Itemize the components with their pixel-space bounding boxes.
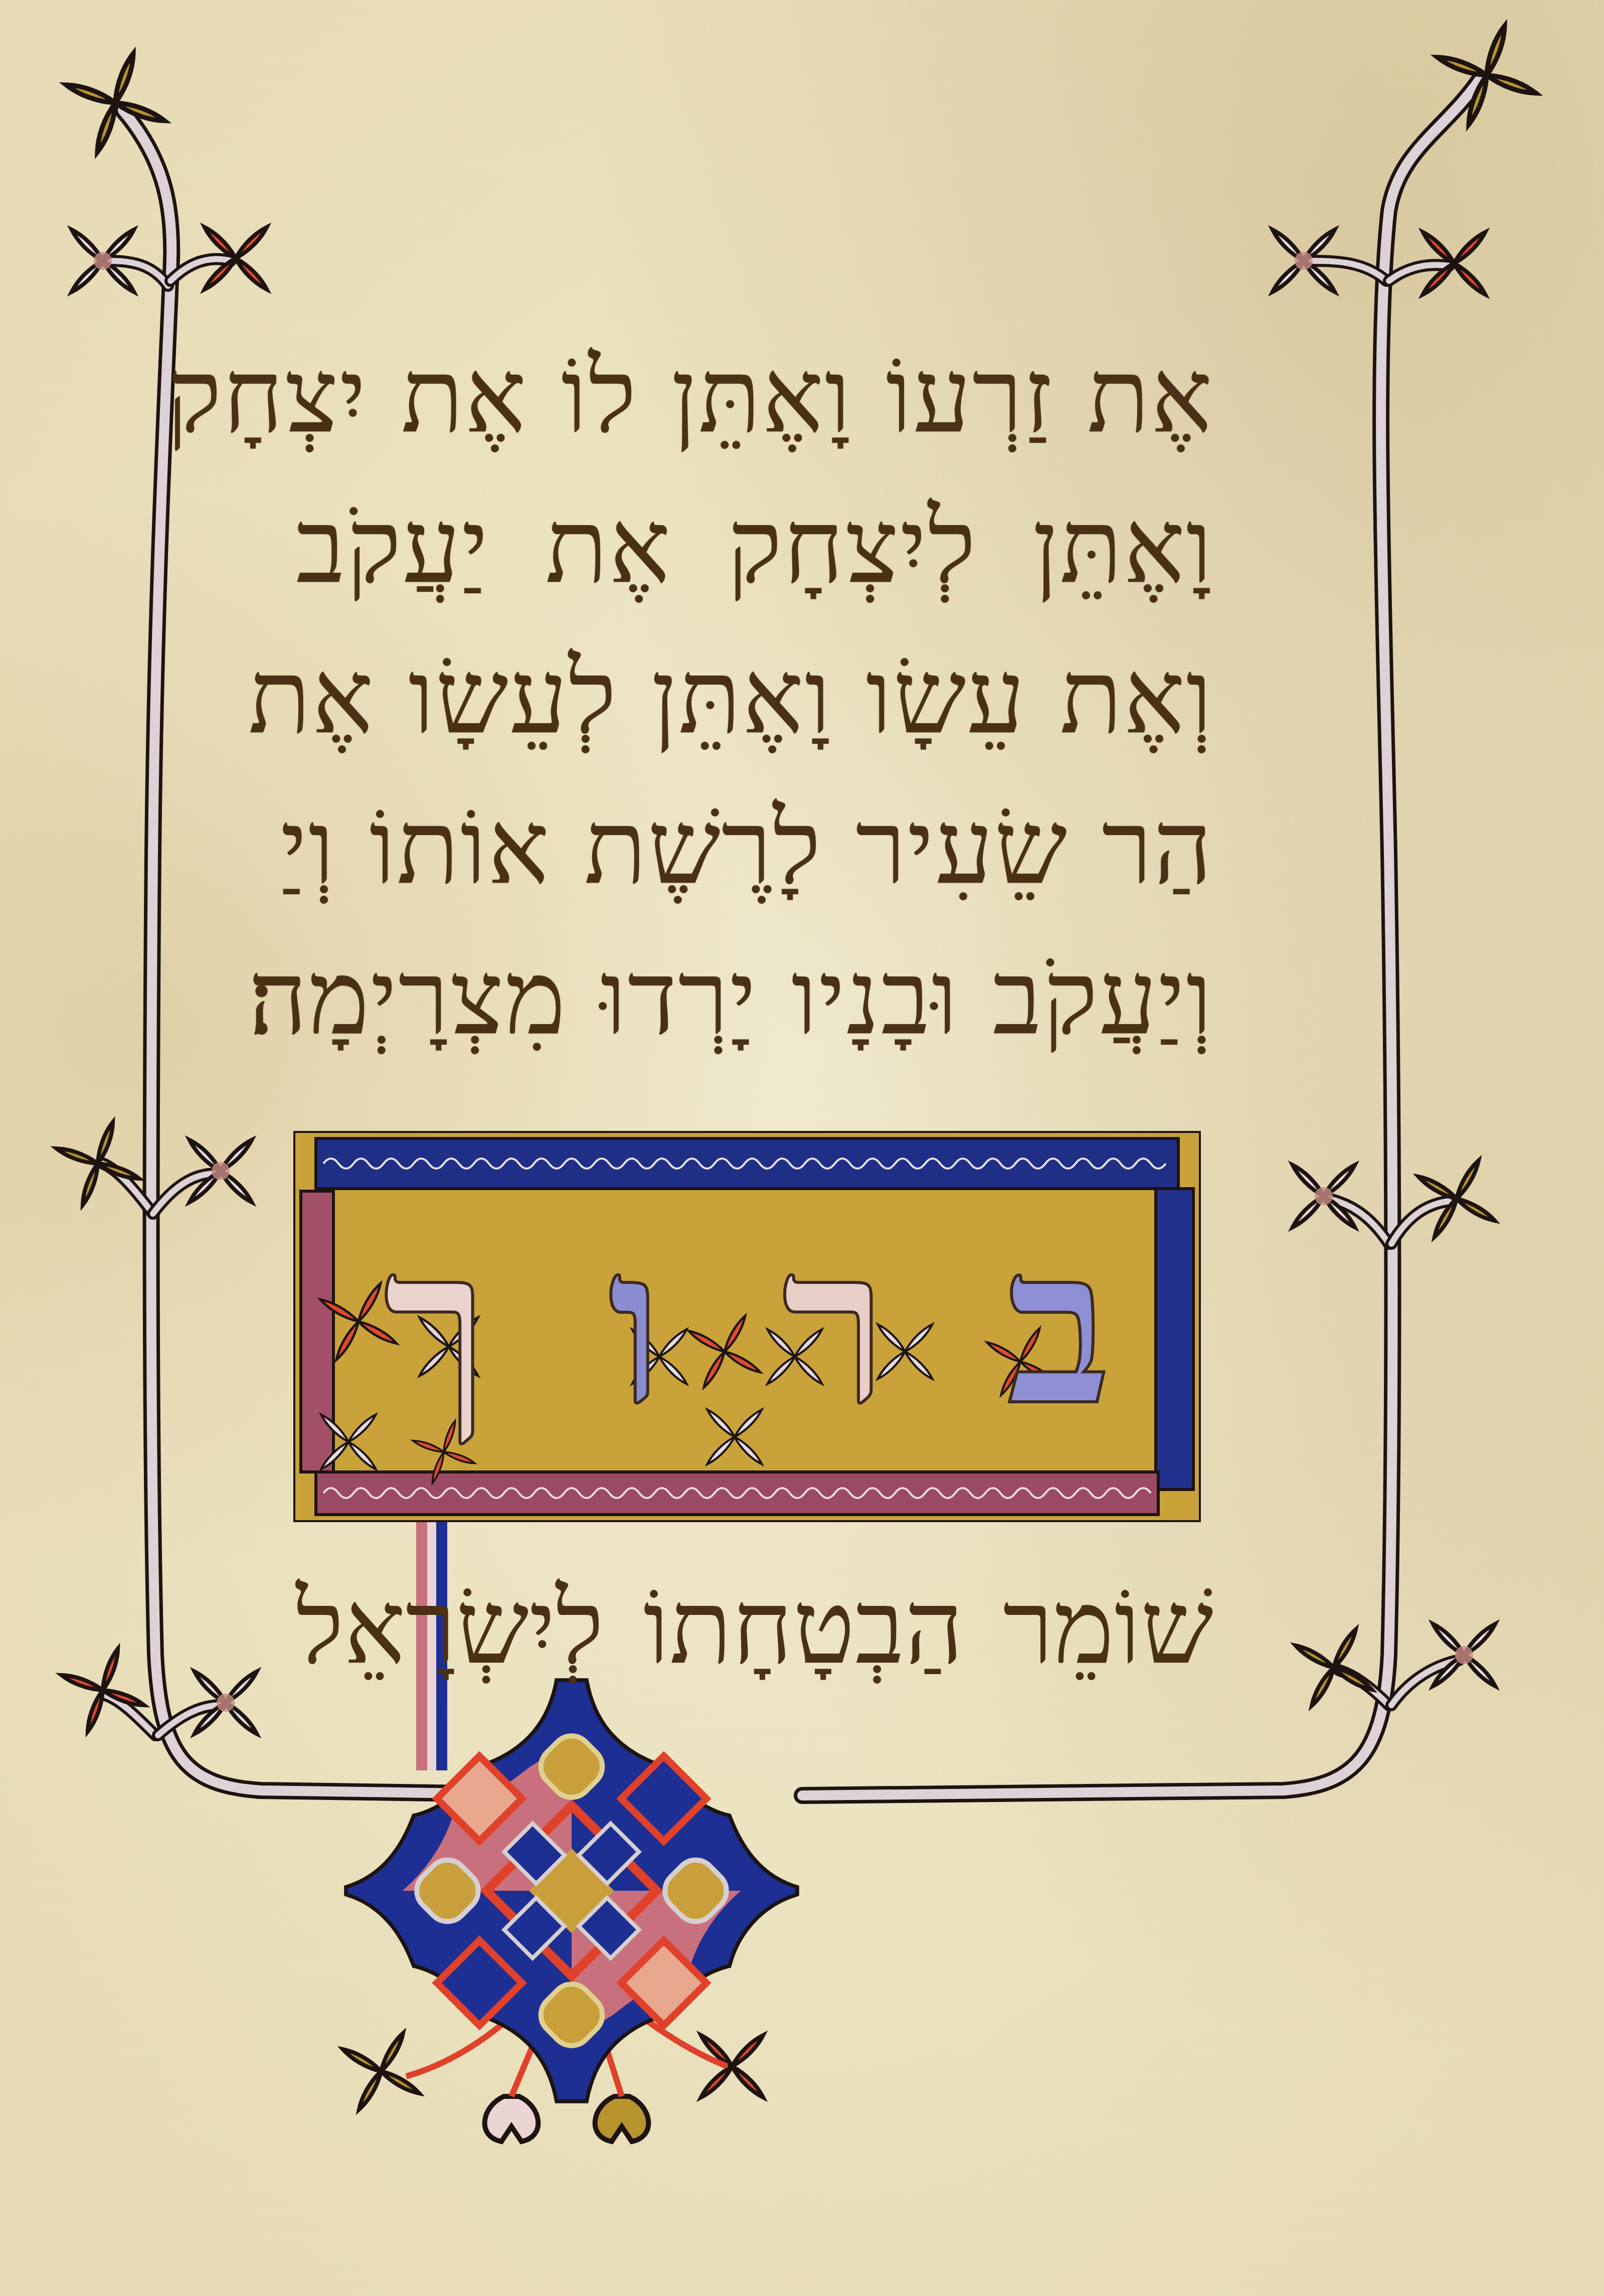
knot-ornament — [344, 1664, 798, 2117]
manuscript-page: אֶת זַרְעוֹ וָאֶתֵּן לוֹ אֶת יִצְחָק וָא… — [0, 0, 1604, 2296]
text-line-5: וְיַעֲקֹב וּבָנָיו יָרְדוּ מִצְרָיְמָה׃ — [296, 923, 1213, 1073]
text-line-4: הַר שֵׂעִיר לָרֶשֶׁת אוֹתוֹ וְיַ — [296, 772, 1213, 923]
gold-flower-icon — [1396, 1138, 1517, 1259]
illuminated-word-panel: ב ר ו ך — [293, 1131, 1201, 1522]
text-line-3: וְאֶת עֵשָׂו וָאֶתֵּן לְעֵשָׂו אֶת — [296, 622, 1213, 772]
text-line-2: וָאֶתֵּן לְיִצְחָק אֶת יַעֲקֹב — [296, 471, 1213, 622]
letter-resh: ר — [782, 1219, 888, 1434]
hebrew-text-block: אֶת זַרְעוֹ וָאֶתֵּן לוֹ אֶת יִצְחָק וָא… — [296, 321, 1213, 1073]
panel-word-baruch: ב ר ו ך — [384, 1196, 1111, 1457]
letter-vav: ו — [608, 1219, 663, 1434]
gold-flower-icon — [48, 36, 183, 170]
red-flower-icon — [670, 2004, 795, 2129]
letter-final-kaf: ך — [384, 1219, 489, 1434]
closing-text-line: שׁוֹמֵר הַבְטָחָתוֹ לְיִשְׂרָאֵל — [296, 1552, 1213, 1703]
text-line-1: אֶת זַרְעוֹ וָאֶתֵּן לוֹ אֶת יִצְחָק — [296, 321, 1213, 471]
letter-bet: ב — [1007, 1219, 1111, 1434]
